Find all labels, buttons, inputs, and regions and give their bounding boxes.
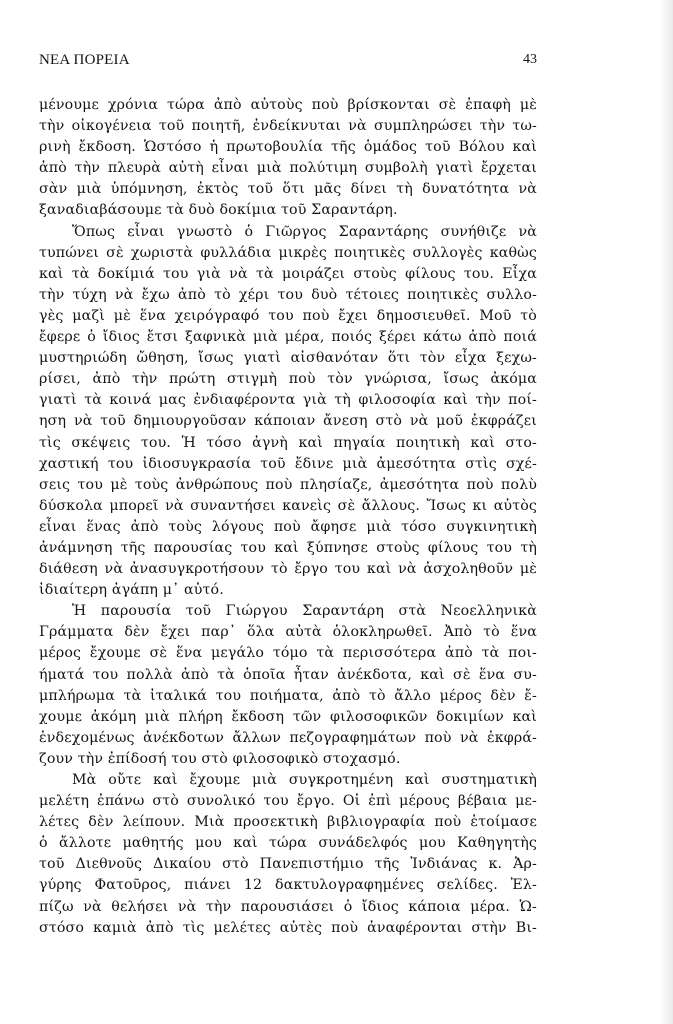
text-line: μέρος ἔχουμε σὲ ἕνα μεγάλο τόμο τὰ περισ… bbox=[39, 643, 537, 664]
running-header: ΝΕΑ ΠΟΡΕΙΑ 43 bbox=[39, 52, 537, 72]
text-line: διάθεση νὰ ἀνασυγκροτήσουν τὸ ἔργο του κ… bbox=[39, 559, 537, 580]
text-line: μπλήρωμα τὰ ἰταλικά του ποιήματα, ἀπὸ τὸ… bbox=[39, 686, 537, 707]
text-line: τοῦ Διεθνοῦς Δικαίου στὸ Πανεπιστήμιο τῆ… bbox=[39, 854, 537, 875]
page-number: 43 bbox=[523, 52, 537, 68]
text-line: χαστική του ἰδιοσυγκρασία τοῦ ἔδινε μιὰ … bbox=[39, 454, 537, 475]
text-line: ἀνάμνηση τῆς παρουσίας του καὶ ξύπνησε σ… bbox=[39, 538, 537, 559]
text-line: σεις του μὲ τοὺς ἀνθρώπους ποὺ πλησίαζε,… bbox=[39, 475, 537, 496]
text-line: τὴν οἰκογένεια τοῦ ποιητῆ, ἐνδείκνυται ν… bbox=[39, 116, 537, 137]
text-line: μένουμε χρόνια τώρα ἀπὸ αὐτοὺς ποὺ βρίσκ… bbox=[39, 95, 537, 116]
text-line: μελέτη ἐπάνω στὸ συνολικό του ἔργο. Οἱ ἐ… bbox=[39, 791, 537, 812]
text-line: εἶναι ἕνας ἀπὸ τοὺς λόγους ποὺ ἄφησε μιὰ… bbox=[39, 517, 537, 538]
text-line: χουμε ἀκόμη μιὰ πλήρη ἔκδοση τῶν φιλοσοφ… bbox=[39, 707, 537, 728]
text-line: ήματά του πολλὰ ἀπὸ τὰ ὁποῖα ἦταν ἀνέκδο… bbox=[39, 665, 537, 686]
page-edge-shadow bbox=[659, 0, 673, 1024]
text-line: Μὰ οὔτε καὶ ἔχουμε μιὰ συγκροτημένη καὶ … bbox=[39, 770, 537, 791]
text-line: ἀπὸ τὴν πλευρὰ αὐτὴ εἶναι μιὰ πολύτιμη σ… bbox=[39, 158, 537, 179]
text-line: γύρης Φατοῦρος, πιάνει 12 δακτυλογραφημέ… bbox=[39, 875, 537, 896]
text-line: τὶς σκέψεις του. Ἡ τόσο ἁγνὴ καὶ πηγαία … bbox=[39, 433, 537, 454]
running-title: ΝΕΑ ΠΟΡΕΙΑ bbox=[39, 52, 130, 69]
text-line: καὶ τὰ δοκίμιά του γιὰ νὰ τὰ μοιράζει στ… bbox=[39, 264, 537, 285]
text-line: Ὅπως εἶναι γνωστὸ ὁ Γιῶργος Σαραντάρης σ… bbox=[39, 222, 537, 243]
text-line: σὰν μιὰ ὑπόμνηση, ἐκτὸς τοῦ ὅτι μᾶς δίνε… bbox=[39, 179, 537, 200]
text-line: γιατὶ τὰ κοινά μας ἐνδιαφέροντα γιὰ τὴ φ… bbox=[39, 390, 537, 411]
text-line: τυπώνει σὲ χωριστὰ φυλλάδια μικρὲς ποιητ… bbox=[39, 243, 537, 264]
text-line: πίζω νὰ θελήσει νὰ τὴν παρουσιάσει ὁ ἴδι… bbox=[39, 897, 537, 918]
text-line: ρίσει, ἀπὸ τὴν πρώτη στιγμὴ ποὺ τὸν γνώρ… bbox=[39, 369, 537, 390]
text-line: ἐνδεχομένως ἀνέκδοτων ἄλλων πεζογραφημάτ… bbox=[39, 728, 537, 749]
scanned-page: ΝΕΑ ΠΟΡΕΙΑ 43 μένουμε χρόνια τώρα ἀπὸ αὐ… bbox=[0, 0, 673, 1024]
text-line: ἰδιαίτερη ἀγάπη μ᾽ αὐτό. bbox=[39, 580, 537, 601]
text-line: Ἡ παρουσία τοῦ Γιώργου Σαραντάρη στὰ Νεο… bbox=[39, 601, 537, 622]
text-line: ηση νὰ τοῦ δημιουργοῦσαν κάποιαν ἄνεση σ… bbox=[39, 411, 537, 432]
text-line: Γράμματα δὲν ἔχει παρ᾽ ὅλα αὐτὰ ὁλοκληρω… bbox=[39, 622, 537, 643]
text-line: δύσκολα μπορεῖ νὰ συναντήσει κανεὶς σὲ ἄ… bbox=[39, 496, 537, 517]
text-line: γὲς μαζὶ μὲ ἕνα χειρόγραφό του ποὺ ἔχει … bbox=[39, 306, 537, 327]
text-line: μυστηριώδη ὤθηση, ἴσως γιατὶ αἰσθανόταν … bbox=[39, 348, 537, 369]
text-line: στόσο καμιὰ ἀπὸ τὶς μελέτες αὐτὲς ποὺ ἀν… bbox=[39, 918, 537, 939]
body-text: μένουμε χρόνια τώρα ἀπὸ αὐτοὺς ποὺ βρίσκ… bbox=[39, 95, 537, 939]
text-line: τὴν τύχη νὰ ἔχω ἀπὸ τὸ χέρι του δυὸ τέτο… bbox=[39, 285, 537, 306]
text-line: ὁ ἄλλοτε μαθητής μου καὶ τώρα συνάδελφός… bbox=[39, 833, 537, 854]
text-line: ζουν τὴν ἐπίδοσή του στὸ φιλοσοφικὸ στοχ… bbox=[39, 749, 537, 770]
text-line: ξαναδιαβάσουμε τὰ δυὸ δοκίμια τοῦ Σαραντ… bbox=[39, 200, 537, 221]
text-line: λέτες δὲν λείπουν. Μιὰ προσεκτικὴ βιβλιο… bbox=[39, 812, 537, 833]
text-line: ἔφερε ὁ ἴδιος ἔτσι ξαφνικὰ μιὰ μέρα, ποι… bbox=[39, 327, 537, 348]
text-line: ρινὴ ἔκδοση. Ὡστόσο ἡ πρωτοβουλία τῆς ὁμ… bbox=[39, 137, 537, 158]
